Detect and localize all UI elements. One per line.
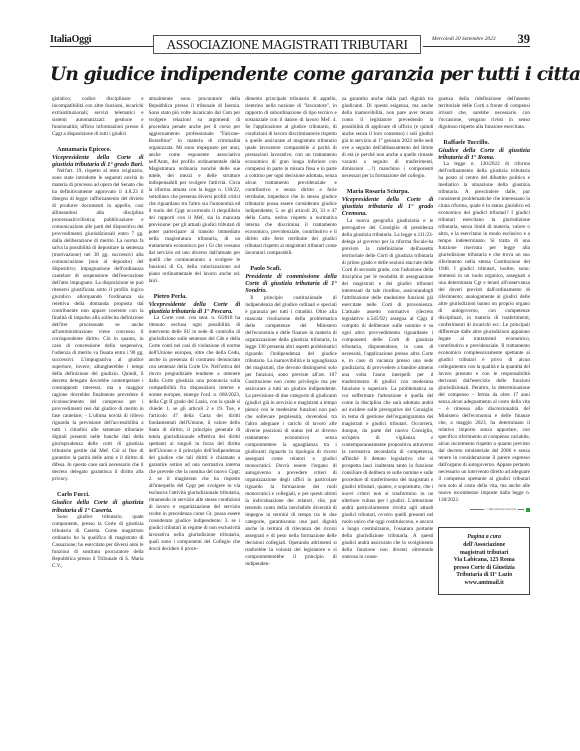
end-mark-icon bbox=[526, 508, 530, 512]
author-role: Presidente di commissione della Corte di… bbox=[245, 273, 337, 295]
paragraph: La nuova geografia giudiziaria e le prer… bbox=[342, 218, 434, 561]
paragraph: attualmente sono procuratore della Repub… bbox=[149, 96, 241, 285]
section-title: ASSOCIAZIONE MAGISTRATI TRIBUTARI bbox=[153, 35, 421, 54]
paragraph: za garantito anche dalla pari dignità tr… bbox=[342, 96, 434, 180]
author-role: Vicepresidente della Corte di giustizia … bbox=[149, 301, 241, 315]
paragraph: dimento principale tributario di appello… bbox=[245, 96, 337, 257]
paragraph: Nell'art. 19, rispetto al testo originar… bbox=[52, 168, 144, 483]
author-name: Pietro Perla. bbox=[149, 293, 241, 301]
website-link[interactable]: www.amtmail.it bbox=[443, 580, 525, 588]
paragraph: La Corte cost. con sent. n. 6/2018 ha ri… bbox=[149, 315, 241, 553]
association-info-box: Pagina a cura dell'Associazione magistra… bbox=[438, 527, 530, 594]
paragraph: gislativo; codice disciplinare e incompa… bbox=[52, 96, 144, 138]
masthead-rule-left bbox=[50, 46, 153, 47]
brand-logo: ItaliaOggi bbox=[50, 34, 91, 45]
copyright-text: © Riproduzione riservata bbox=[486, 506, 516, 513]
paragraph: Il principio costituzionale di indipende… bbox=[245, 295, 337, 568]
column-3: dimento principale tributario di appello… bbox=[245, 96, 337, 746]
author-name: Annamaria Epicoco. bbox=[52, 146, 144, 154]
column-5: guenza della ridefinizione dell'assetto … bbox=[438, 96, 530, 746]
author-name: Maria Rosaria Sciurpa. bbox=[342, 188, 434, 196]
article-columns: gislativo; codice disciplinare e incompa… bbox=[52, 96, 530, 746]
paragraph: Sono giudice tributario, quale component… bbox=[52, 514, 144, 570]
divider bbox=[518, 509, 524, 510]
issue-date: Mercoledì 20 Settembre 2023 bbox=[432, 36, 496, 42]
author-role: Giudice della Corte di giustizia tributa… bbox=[438, 147, 530, 161]
info-box-line: Tributaria di II° Lazio bbox=[443, 572, 525, 580]
column-2: attualmente sono procuratore della Repub… bbox=[149, 96, 241, 746]
copyright-notice: © Riproduzione riservata bbox=[438, 506, 530, 513]
author-name: Raffaele Tuccillo. bbox=[438, 139, 530, 147]
info-box-line: dell'Associazione bbox=[443, 542, 525, 550]
column-1: gislativo; codice disciplinare e incompa… bbox=[52, 96, 144, 746]
paragraph: guenza della ridefinizione dell'assetto … bbox=[438, 96, 530, 131]
author-role: Vicepresidente della Corte di giustizia … bbox=[342, 196, 434, 218]
info-box-line: Via Labicana, 123 Roma bbox=[443, 557, 525, 565]
masthead-rule-right bbox=[423, 46, 530, 47]
article-headline: Un giudice indipendente come garanzia pe… bbox=[50, 64, 530, 85]
info-box-title: Pagina a cura bbox=[443, 534, 525, 542]
column-4: za garantito anche dalla pari dignità tr… bbox=[342, 96, 434, 746]
divider bbox=[470, 509, 484, 510]
author-name: Paolo Scafi. bbox=[245, 265, 337, 273]
author-name: Carlo Fucci. bbox=[52, 491, 144, 499]
paragraph: La legge n. 130/2022 di riforma dell'ord… bbox=[438, 161, 530, 504]
masthead: ItaliaOggi ASSOCIAZIONE MAGISTRATI TRIBU… bbox=[50, 32, 530, 58]
info-box-line: magistrati tributari bbox=[443, 550, 525, 558]
author-role: Giudice della Corte di giustizia tributa… bbox=[52, 499, 144, 513]
author-role: Vicepresidente della Corte di giustizia … bbox=[52, 154, 144, 168]
page-number: 39 bbox=[518, 32, 531, 47]
